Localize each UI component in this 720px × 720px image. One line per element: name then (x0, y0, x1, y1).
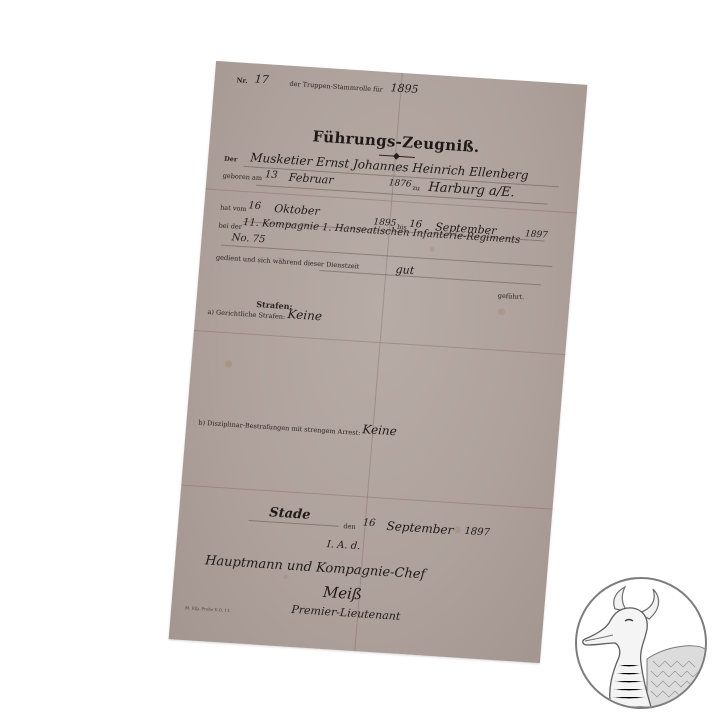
duck-icon (577, 579, 705, 707)
conduct-prefix: gedient und sich während dieser Dienstze… (216, 253, 360, 270)
unit-number: No. 75 (231, 232, 266, 245)
closing-abbrev: I. A. d. (326, 539, 360, 552)
roll-year: 1895 (390, 81, 419, 96)
closing-place: Stade (269, 505, 311, 523)
signature-rank: Premier-Lieutenant (291, 603, 401, 623)
unit-label: bei der (218, 221, 242, 230)
rule (319, 270, 541, 285)
title-ornament (379, 155, 415, 158)
nr-value: 17 (254, 72, 269, 86)
born-month: Februar (288, 171, 334, 187)
signature: Meiß (322, 583, 362, 603)
from-day: 16 (248, 200, 262, 212)
signatory-title: Hauptmann und Kompagnie-Chef (205, 553, 426, 582)
printer-mark: M. Kfg. Probe K.O. 11. (185, 605, 231, 613)
born-day: 13 (265, 169, 279, 181)
born-place-label: zu (412, 184, 420, 192)
der-label: Der (224, 155, 238, 164)
born-year: 1876 (388, 178, 412, 189)
closing-month: September (386, 519, 454, 537)
closing-date-label: den (343, 522, 356, 531)
conduct-suffix: geführt. (497, 292, 524, 302)
roll-label: der Truppen-Stammrolle für (289, 80, 383, 94)
nr-label: Nr. (236, 76, 248, 85)
from-label: hat vom (220, 204, 247, 214)
service-certificate-paper: Nr. 17 der Truppen-Stammrolle für 1895 F… (169, 61, 588, 663)
duck-with-horns-logo (575, 577, 707, 709)
from-month: Oktober (274, 202, 321, 218)
closing-day: 16 (362, 517, 376, 529)
penalty-b-value: Keine (362, 422, 397, 438)
born-label: geboren am (222, 172, 262, 183)
penalty-b-label: b) Disziplinar-Bestrafungen mit strengem… (198, 419, 361, 437)
closing-year: 1897 (464, 526, 490, 539)
penalty-a-value: Keine (287, 307, 322, 323)
